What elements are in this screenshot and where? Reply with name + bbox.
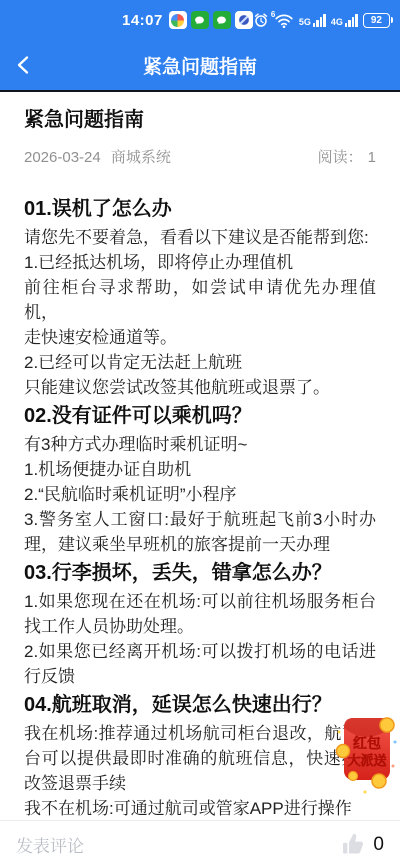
red-packet-promo-badge[interactable]: 红包 大派送 [335,708,399,798]
content-paragraph: 走快速安检通道等。 [24,325,376,350]
content-paragraph: 2.“民航临时乘机证明”小程序 [24,482,376,507]
article-meta: 2026-03-24 商城系统 阅读：1 [24,146,376,167]
notification-icons [169,11,253,29]
content-paragraph: 1.已经抵达机场，即将停止办理值机 [24,250,376,275]
back-button[interactable] [12,53,36,77]
content-paragraph: 前往柜台寻求帮助，如尝试申请优先办理值机， [24,275,376,325]
nav-bar: 紧急问题指南 [0,40,400,90]
status-bar: 14:07 6 5G 4G [0,0,400,40]
content-paragraph: 请您先不要着急，看看以下建议是否能帮到您: [24,225,376,250]
signal-4g: 4G [331,14,358,27]
browser-icon [235,11,253,29]
article-title: 紧急问题指南 [24,106,376,134]
content-paragraph: 1.如果您现在还在机场:可以前往机场服务柜台找工作人员协助处理。 [24,589,376,639]
read-count: 1 [368,149,376,166]
read-label: 阅读： [318,149,363,166]
content-paragraph: 只能建议您尝试改签其他航班或退票了。 [24,375,376,400]
article-source: 商城系统 [111,149,171,166]
read-counter: 阅读：1 [318,146,376,167]
badge-line2: 大派送 [347,753,386,768]
content-paragraph: 有3种方式办理临时乘机证明~ [24,432,376,457]
wifi6-label: 6 [271,10,275,19]
clock-text: 14:07 [122,12,163,29]
content-paragraph: 3.警务室人工窗口:最好于航班起飞前3小时办理，建议乘坐早班机的旅客提前一天办理 [24,507,376,557]
battery-icon: 92 [363,13,393,28]
chevron-left-icon [13,54,35,76]
article-content: 01.误机了怎么办请您先不要着急，看看以下建议是否能帮到您:1.已经抵达机场，即… [24,194,376,821]
content-paragraph: 2.已经可以肯定无法赶上航班 [24,350,376,375]
network-type-label-2: 4G [331,18,343,27]
content-paragraph: 我在机场:推荐通过机场航司柜台退改，航司柜台可以提供最即时准确的航班信息，快速办… [24,721,376,796]
content-heading: 04.航班取消，延误怎么快速出行？ [24,690,376,720]
like-button[interactable]: 0 [340,831,384,858]
signal-5g: 5G [299,14,326,27]
red-envelope-icon: 红包 大派送 [337,718,397,794]
comment-bar: 发表评论 0 [0,820,400,868]
app-store-icon [169,11,187,29]
content-paragraph: 1.机场便捷办证自助机 [24,457,376,482]
content-paragraph: 我不在机场:可通过航司或管家APP进行操作 [24,796,376,821]
wechat-icon [191,11,209,29]
content-heading: 03.行李损坏，丢失，错拿怎么办？ [24,558,376,588]
network-type-label: 5G [299,18,311,27]
content-paragraph: 2.如果您已经离开机场:可以拨打机场的电话进行反馈 [24,639,376,689]
comment-input[interactable]: 发表评论 [16,832,340,857]
badge-line1: 红包 [353,735,381,751]
page-title: 紧急问题指南 [0,52,400,79]
like-count: 0 [373,834,384,856]
thumbs-up-icon [340,831,367,858]
content-heading: 01.误机了怎么办 [24,194,376,224]
alarm-clock-icon [253,12,269,28]
wifi-icon: 6 [274,12,294,29]
content-heading: 02.没有证件可以乘机吗？ [24,401,376,431]
wechat-icon-2 [213,11,231,29]
article-meta-left: 2026-03-24 商城系统 [24,146,171,167]
battery-percent: 92 [363,13,390,28]
app-screen: 14:07 6 5G 4G [0,0,400,868]
article-date: 2026-03-24 [24,149,101,166]
status-indicators: 6 5G 4G 92 [253,12,393,29]
